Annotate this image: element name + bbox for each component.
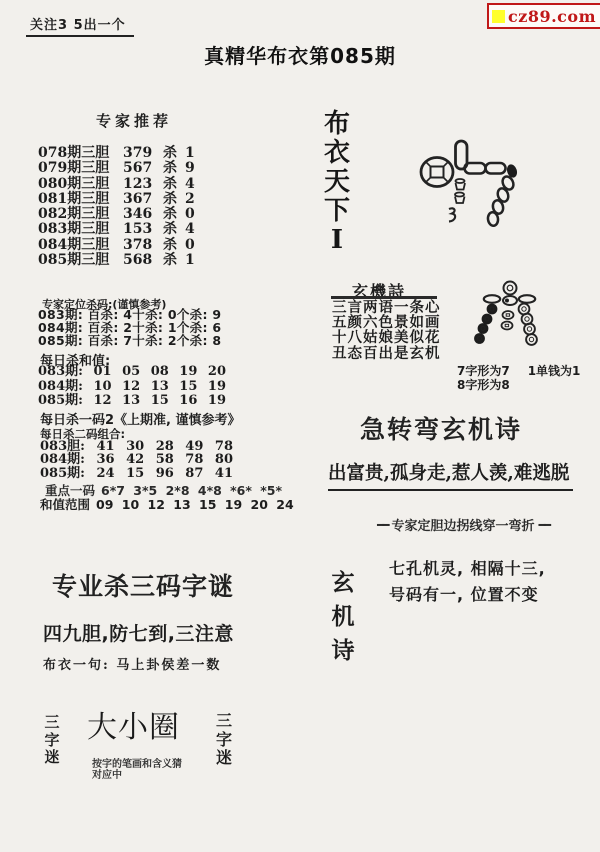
daily-sum-kill-rows: 083期: 01 05 08 19 20 084期: 10 12 13 15 1… bbox=[38, 365, 226, 409]
sharp-turn-line: 出富贵,孤身走,惹人羡,难逃脱 bbox=[328, 459, 573, 491]
dan-cell: 346 bbox=[123, 207, 163, 222]
expert-recommend-table: 078期三胆 379 杀 1 079期三胆 567 杀 9 080期三胆 123… bbox=[38, 146, 201, 268]
table-row: 080期三胆 123 杀 4 bbox=[38, 177, 201, 192]
daily-kill-two-row: 084期: 36 42 58 78 80 bbox=[40, 453, 233, 466]
xuanji-shi-line1: 七孔机灵, 相隔十三, bbox=[389, 556, 546, 579]
divider-text: 专家定胆边拐线穿一弯折 bbox=[391, 515, 534, 534]
sum-range-value: 09 10 12 13 15 19 20 24 bbox=[96, 497, 294, 512]
kill-label: 杀 bbox=[163, 177, 185, 192]
table-row: 083期三胆 153 杀 4 bbox=[38, 222, 201, 237]
kill-number: 0 bbox=[185, 207, 201, 222]
top-note: 关注3 5出一个 bbox=[26, 14, 134, 37]
kill-label: 杀 bbox=[163, 222, 185, 237]
divider-dash-right: ━━ bbox=[539, 518, 549, 532]
dan-cell: 567 bbox=[123, 161, 163, 176]
dan-cell: 378 bbox=[123, 238, 163, 253]
period-cell: 085期三胆 bbox=[38, 253, 123, 268]
site-url: cz89.com bbox=[508, 7, 596, 26]
vertical-char: Ⅰ bbox=[320, 226, 354, 255]
kill-label: 杀 bbox=[163, 161, 185, 176]
daily-sum-kill-row: 083期: 01 05 08 19 20 bbox=[38, 365, 226, 380]
vertical-char: 迷 bbox=[213, 749, 235, 768]
vertical-char: 三 bbox=[213, 712, 235, 731]
kill-number: 0 bbox=[185, 238, 201, 253]
vertical-char: 三 bbox=[42, 714, 62, 732]
three-char-riddle-left: 三 字 迷 bbox=[42, 714, 62, 767]
period-cell: 079期三胆 bbox=[38, 161, 123, 176]
dan-cell: 568 bbox=[123, 253, 163, 268]
period-cell: 083期三胆 bbox=[38, 222, 123, 237]
beads-coin-seven-drawing bbox=[408, 132, 538, 252]
vertical-char: 机 bbox=[329, 600, 357, 634]
table-row: 079期三胆 567 杀 9 bbox=[38, 161, 201, 176]
vertical-char: 天 bbox=[320, 168, 354, 197]
kill-label: 杀 bbox=[163, 192, 185, 207]
coin-note-line2: 8字形为8 bbox=[457, 376, 510, 393]
period-cell: 082期三胆 bbox=[38, 207, 123, 222]
table-row: 078期三胆 379 杀 1 bbox=[38, 146, 201, 161]
dan-cell: 379 bbox=[123, 146, 163, 161]
kill-label: 杀 bbox=[163, 238, 185, 253]
kill-label: 杀 bbox=[163, 253, 185, 268]
three-char-riddle-right: 三 字 迷 bbox=[213, 712, 235, 768]
sum-range-line: 和值范围09 10 12 13 15 19 20 24 bbox=[40, 495, 294, 513]
kill-number: 9 bbox=[185, 161, 201, 176]
vertical-char: 布 bbox=[320, 110, 354, 139]
vertical-char: 诗 bbox=[329, 634, 357, 668]
page-title: 真精华布衣第085期 bbox=[0, 40, 600, 69]
big-small-circle-word: 大小圈 bbox=[87, 702, 180, 746]
three-code-riddle-title: 专业杀三码字谜 bbox=[52, 567, 234, 603]
sharp-turn-title: 急转弯玄机诗 bbox=[360, 410, 522, 446]
table-row: 085期三胆 568 杀 1 bbox=[38, 253, 201, 268]
daily-kill-two-row: 085期: 24 15 96 87 41 bbox=[40, 467, 233, 480]
kill-number: 1 bbox=[185, 253, 201, 268]
site-logo-icon bbox=[492, 10, 505, 23]
title-underline bbox=[331, 296, 437, 299]
buyi-sentence: 布衣一句: 马上卦侯差一数 bbox=[43, 654, 221, 673]
daily-kill-two-rows: 083胆: 41 30 28 49 78 084期: 36 42 58 78 8… bbox=[40, 440, 233, 480]
period-cell: 078期三胆 bbox=[38, 146, 123, 161]
vertical-char: 迷 bbox=[42, 749, 62, 767]
coins-figure-drawing bbox=[470, 278, 550, 363]
position-kill-rows: 083期: 百杀: 4十杀: 0个杀: 9 084期: 百杀: 2十杀: 1个杀… bbox=[38, 309, 221, 347]
dan-cell: 123 bbox=[123, 177, 163, 192]
daily-kill-two-row: 083胆: 41 30 28 49 78 bbox=[40, 440, 233, 453]
dan-cell: 367 bbox=[123, 192, 163, 207]
kill-number: 4 bbox=[185, 222, 201, 237]
vertical-char: 下 bbox=[320, 197, 354, 226]
xuanji-shi-line2: 号码有一, 位置不变 bbox=[389, 582, 539, 605]
xuanji-poem-lines: 三言两语一条心 五颜六色景如画 十八姑娘美似花 丑态百出是玄机 bbox=[332, 301, 441, 362]
table-row: 081期三胆 367 杀 2 bbox=[38, 192, 201, 207]
position-kill-row: 085期: 百杀: 7十杀: 2个杀: 8 bbox=[38, 335, 221, 348]
xuanji-shi-vertical-title: 玄 机 诗 bbox=[329, 566, 357, 668]
sum-range-label: 和值范围 bbox=[40, 497, 90, 512]
riddle-hint-line2: 对应中 bbox=[92, 766, 122, 781]
vertical-char: 字 bbox=[213, 731, 235, 750]
expert-dan-divider: ━━ 专家定胆边拐线穿一弯折 ━━ bbox=[336, 515, 590, 534]
scanned-lottery-sheet: 关注3 5出一个 cz89.com 真精华布衣第085期 专家推荐 078期三胆… bbox=[0, 0, 600, 852]
riddle-line: 四九胆,防七到,三注意 bbox=[43, 619, 234, 646]
kill-number: 1 bbox=[185, 146, 201, 161]
xuanji-poem-title: 玄機詩 bbox=[352, 279, 406, 302]
kill-number: 4 bbox=[185, 177, 201, 192]
daily-sum-kill-row: 085期: 12 13 15 16 19 bbox=[38, 394, 226, 409]
poem-line: 丑态百出是玄机 bbox=[332, 347, 441, 362]
poem-line: 三言两语一条心 bbox=[332, 301, 441, 316]
dan-cell: 153 bbox=[123, 222, 163, 237]
coin-note-b: 1单钱为1 bbox=[528, 364, 581, 378]
vertical-char: 字 bbox=[42, 732, 62, 750]
expert-recommend-title: 专家推荐 bbox=[96, 110, 172, 131]
period-cell: 081期三胆 bbox=[38, 192, 123, 207]
daily-sum-kill-row: 084期: 10 12 13 15 19 bbox=[38, 380, 226, 395]
kill-number: 2 bbox=[185, 192, 201, 207]
period-cell: 080期三胆 bbox=[38, 177, 123, 192]
poem-line: 十八姑娘美似花 bbox=[332, 331, 441, 346]
vertical-char: 玄 bbox=[329, 566, 357, 600]
period-cell: 084期三胆 bbox=[38, 238, 123, 253]
kill-label: 杀 bbox=[163, 146, 185, 161]
table-row: 084期三胆 378 杀 0 bbox=[38, 238, 201, 253]
divider-dash-left: ━━ bbox=[377, 518, 387, 532]
buyi-tianxia-vertical-title: 布 衣 天 下 Ⅰ bbox=[320, 110, 354, 255]
vertical-char: 衣 bbox=[320, 139, 354, 168]
site-badge[interactable]: cz89.com bbox=[487, 3, 600, 29]
